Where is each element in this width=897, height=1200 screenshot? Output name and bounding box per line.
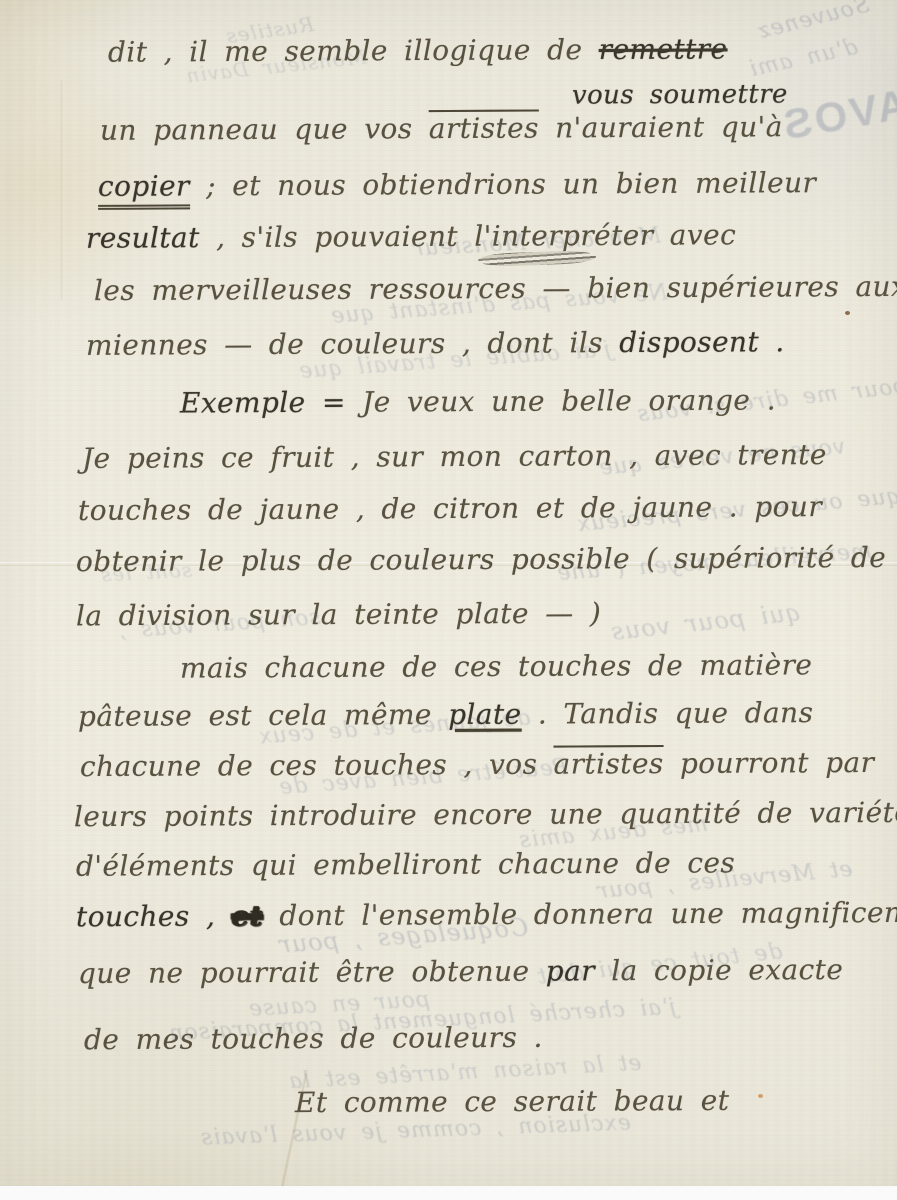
handwritten-line-16: leurs points introduire encore une quant… xyxy=(74,796,897,833)
handwriting-segment: . Tandis que dans xyxy=(521,696,813,731)
handwriting-segment: un panneau que vos xyxy=(100,112,429,147)
bleedthrough-text: qui pour vous xyxy=(609,598,802,646)
handwritten-line-18: touches , et dont l'ensemble donnera une… xyxy=(76,896,897,933)
handwritten-line-19: que ne pourrait être obtenue par la copi… xyxy=(78,953,843,990)
handwritten-line-5: resultat , s'ils pouvaient l'interpréter… xyxy=(86,218,736,254)
paper-speck xyxy=(758,1094,763,1098)
handwriting-segment: Je peins ce fruit , sur mon carton , ave… xyxy=(82,438,827,475)
handwriting-segment: et xyxy=(231,899,263,932)
handwriting-segment: mais chacune de ces touches de matière xyxy=(180,648,812,684)
handwriting-segment: artistes xyxy=(429,111,539,145)
handwritten-line-7: miennes — de couleurs , dont ils dispose… xyxy=(86,325,785,362)
handwriting-segment: la division sur la teinte plate — ) xyxy=(76,597,601,633)
handwriting-segment: n'auraient qu'à xyxy=(539,110,783,144)
handwriting-segment: leurs points introduire encore une quant… xyxy=(74,796,897,833)
handwritten-line-10: touches de jaune , de citron et de jaune… xyxy=(78,490,822,527)
handwriting-segment: les merveilleuses ressources — bien supé… xyxy=(94,270,897,307)
handwritten-line-12: la division sur la teinte plate — ) xyxy=(76,597,601,633)
handwritten-line-20: de mes touches de couleurs . xyxy=(84,1021,543,1056)
handwriting-segment: vous soumettre xyxy=(572,79,788,110)
handwriting-segment: Exemple = xyxy=(180,386,362,420)
handwriting-segment: de mes touches de couleurs . xyxy=(84,1021,543,1056)
handwriting-segment: touches de jaune , de citron et de jaune… xyxy=(78,490,822,527)
handwriting-segment: miennes — de couleurs , dont ils xyxy=(86,326,619,362)
bleedthrough-text: d'un ami xyxy=(747,35,860,82)
handwriting-segment: la copie exacte xyxy=(595,953,843,987)
handwritten-line-9: Je peins ce fruit , sur mon carton , ave… xyxy=(82,438,827,475)
handwritten-line-13: mais chacune de ces touches de matière xyxy=(180,648,812,684)
handwriting-segment: disposent . xyxy=(619,325,785,359)
scanned-letter-screenshot: { "document": { "kind": "handwritten-let… xyxy=(0,0,897,1200)
left-margin-crease xyxy=(60,80,63,300)
bleedthrough-text: pour en cause xyxy=(247,987,430,1021)
handwriting-segment: dit , il me semble illogique de xyxy=(108,33,599,69)
handwritten-line-21: Et comme ce serait beau et xyxy=(295,1084,729,1119)
handwriting-segment: dont l'ensemble donnera une magnificence xyxy=(263,896,897,933)
handwritten-line-14: pâteuse est cela même plate . Tandis que… xyxy=(78,696,813,733)
handwriting-segment: , s'ils pouvaient l'interpréter avec xyxy=(200,218,737,254)
handwritten-line-11: obtenir le plus de couleurs possible ( s… xyxy=(76,541,886,578)
handwritten-line-2: vous soumettre xyxy=(572,79,788,110)
handwritten-line-6: les merveilleuses ressources — bien supé… xyxy=(94,270,897,307)
paper-speck xyxy=(845,311,850,315)
handwriting-segment: d'éléments qui embelliront chacune de ce… xyxy=(76,846,735,882)
handwritten-line-8: Exemple = Je veux une belle orange . xyxy=(180,383,776,419)
handwritten-line-17: d'éléments qui embelliront chacune de ce… xyxy=(76,846,735,882)
handwriting-segment: ; et nous obtiendrions un bien meilleur xyxy=(190,166,817,202)
handwriting-segment: obtenir le plus de couleurs possible ( s… xyxy=(76,541,886,578)
handwriting-segment: chacune de ces touches , vos xyxy=(80,748,554,783)
handwriting-segment: remettre xyxy=(599,32,728,66)
handwriting-segment: Et comme ce serait beau et xyxy=(295,1084,729,1119)
handwriting-segment: que ne pourrait être obtenue xyxy=(78,955,546,990)
handwriting-segment: pâteuse est cela même xyxy=(78,698,448,733)
handwriting-segment: artistes xyxy=(554,747,664,781)
handwritten-line-15: chacune de ces touches , vos artistes po… xyxy=(80,746,875,783)
handwriting-segment: Je veux une belle orange . xyxy=(362,383,776,418)
handwritten-line-1: dit , il me semble illogique de remettre xyxy=(108,32,728,68)
handwriting-segment: resultat xyxy=(86,221,200,255)
handwriting-segment: pourront par xyxy=(664,746,875,780)
scanner-background xyxy=(0,1186,897,1200)
letter-paper: Souvenezd'un amiDAVOSRustilesMonsieur Da… xyxy=(0,0,897,1186)
bleedthrough-text: DAVOS xyxy=(777,74,897,149)
handwriting-segment: par xyxy=(546,954,595,987)
bleedthrough-text: Souvenez xyxy=(755,0,872,45)
handwriting-segment: plate xyxy=(448,698,522,731)
handwritten-line-3: un panneau que vos artistes n'auraient q… xyxy=(100,110,783,147)
handwriting-segment: touches , xyxy=(76,899,232,933)
handwritten-line-4: copier ; et nous obtiendrions un bien me… xyxy=(98,166,816,203)
handwriting-segment: copier xyxy=(98,169,190,209)
